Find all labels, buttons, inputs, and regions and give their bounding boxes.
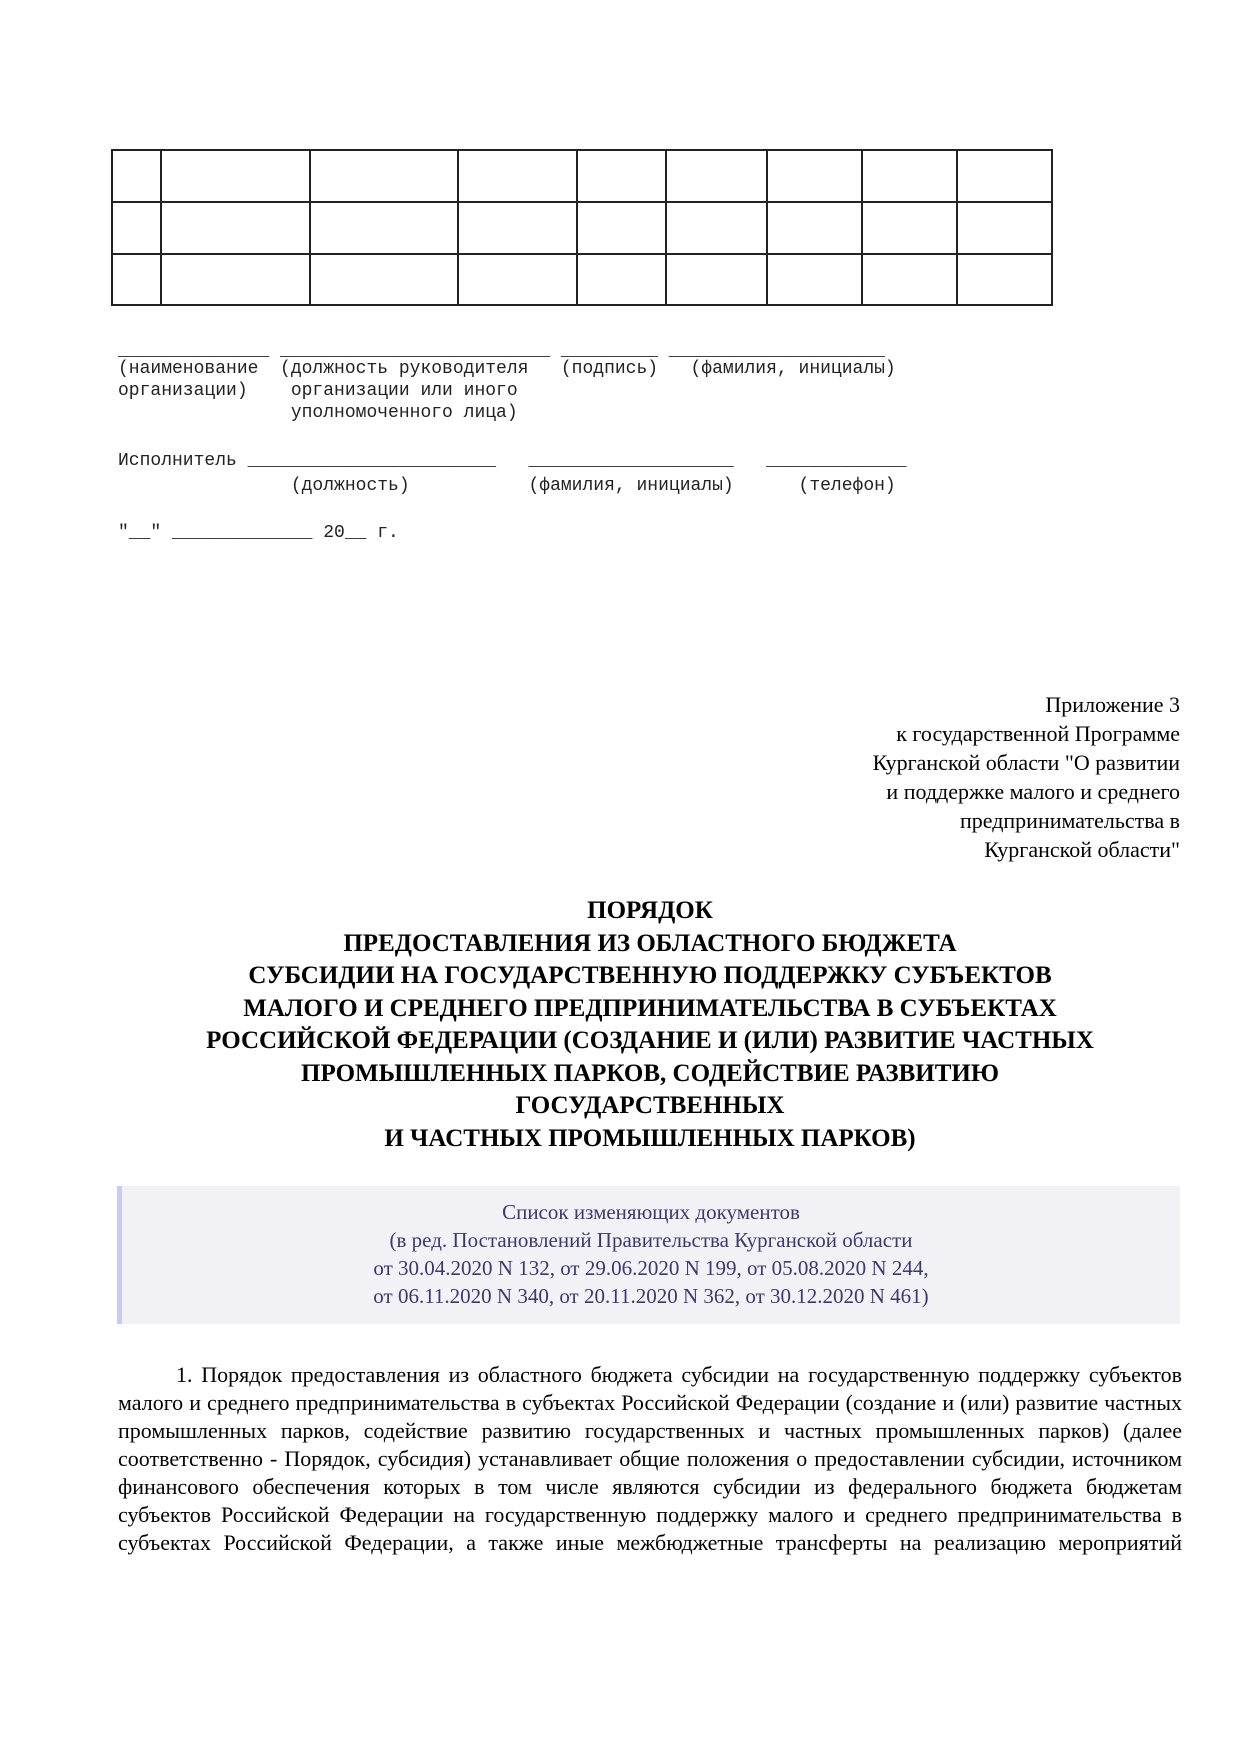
table-cell	[767, 254, 862, 305]
executor-line: Исполнитель _______________________ ____…	[118, 450, 907, 472]
table-cell	[161, 150, 310, 202]
appendix-line: к государственной Программе	[760, 719, 1180, 748]
title-line: ГОСУДАРСТВЕННЫХ	[110, 1090, 1190, 1123]
title-line: И ЧАСТНЫХ ПРОМЫШЛЕННЫХ ПАРКОВ)	[110, 1123, 1190, 1156]
table-cell	[862, 150, 957, 202]
title-line: РОССИЙСКОЙ ФЕДЕРАЦИИ (СОЗДАНИЕ И (ИЛИ) Р…	[110, 1025, 1190, 1058]
date-line: "__" _____________ 20__ г.	[118, 522, 399, 544]
table-cell	[666, 254, 767, 305]
appendix-line: и поддержке малого и среднего	[760, 777, 1180, 806]
table-cell	[862, 202, 957, 254]
amendments-heading: Список изменяющих документов	[122, 1198, 1180, 1226]
appendix-line: Приложение 3	[760, 690, 1180, 719]
table-cell	[862, 254, 957, 305]
table-cell	[767, 202, 862, 254]
table-cell	[666, 202, 767, 254]
form-table	[111, 149, 1053, 306]
table-cell	[161, 202, 310, 254]
appendix-header: Приложение 3 к государственной Программе…	[760, 690, 1180, 864]
document-title: ПОРЯДОК ПРЕДОСТАВЛЕНИЯ ИЗ ОБЛАСТНОГО БЮД…	[110, 895, 1190, 1155]
amendments-line: от 30.04.2020 N 132, от 29.06.2020 N 199…	[122, 1254, 1180, 1282]
table-cell	[161, 254, 310, 305]
table-cell	[577, 254, 666, 305]
table-cell	[767, 150, 862, 202]
table-cell	[666, 150, 767, 202]
paragraph-1: 1. Порядок предоставления из областного …	[118, 1361, 1182, 1557]
signature-label-line-3: уполномоченного лица)	[118, 402, 518, 424]
title-line: МАЛОГО И СРЕДНЕГО ПРЕДПРИНИМАТЕЛЬСТВА В …	[110, 993, 1190, 1026]
table-cell	[112, 254, 161, 305]
title-line: ПОРЯДОК	[110, 895, 1190, 928]
table-cell	[458, 254, 577, 305]
title-line: ПРЕДОСТАВЛЕНИЯ ИЗ ОБЛАСТНОГО БЮДЖЕТА	[110, 928, 1190, 961]
table-cell	[112, 150, 161, 202]
signature-label-line-2: организации) организации или иного	[118, 380, 518, 402]
table-cell	[310, 202, 458, 254]
table-cell	[957, 202, 1052, 254]
title-line: СУБСИДИИ НА ГОСУДАРСТВЕННУЮ ПОДДЕРЖКУ СУ…	[110, 960, 1190, 993]
amendments-line: от 06.11.2020 N 340, от 20.11.2020 N 362…	[122, 1282, 1180, 1310]
table-row	[112, 202, 1052, 254]
appendix-line: предпринимательства в	[760, 806, 1180, 835]
table-row	[112, 254, 1052, 305]
executor-labels: (должность) (фамилия, инициалы) (телефон…	[118, 475, 896, 497]
table-row	[112, 150, 1052, 202]
body-text: 1. Порядок предоставления из областного …	[118, 1361, 1182, 1557]
table-cell	[458, 202, 577, 254]
table-cell	[577, 202, 666, 254]
table-cell	[310, 150, 458, 202]
title-line: ПРОМЫШЛЕННЫХ ПАРКОВ, СОДЕЙСТВИЕ РАЗВИТИЮ	[110, 1058, 1190, 1091]
table-cell	[112, 202, 161, 254]
table-cell	[957, 150, 1052, 202]
table-cell	[577, 150, 666, 202]
amendments-line: (в ред. Постановлений Правительства Кург…	[122, 1226, 1180, 1254]
appendix-line: Курганской области "О развитии	[760, 748, 1180, 777]
amendments-box: Список изменяющих документов (в ред. Пос…	[117, 1186, 1180, 1324]
appendix-line: Курганской области"	[760, 835, 1180, 864]
table-cell	[458, 150, 577, 202]
table-cell	[957, 254, 1052, 305]
signature-label-line-1: (наименование (должность руководителя (п…	[118, 358, 896, 380]
table-cell	[310, 254, 458, 305]
